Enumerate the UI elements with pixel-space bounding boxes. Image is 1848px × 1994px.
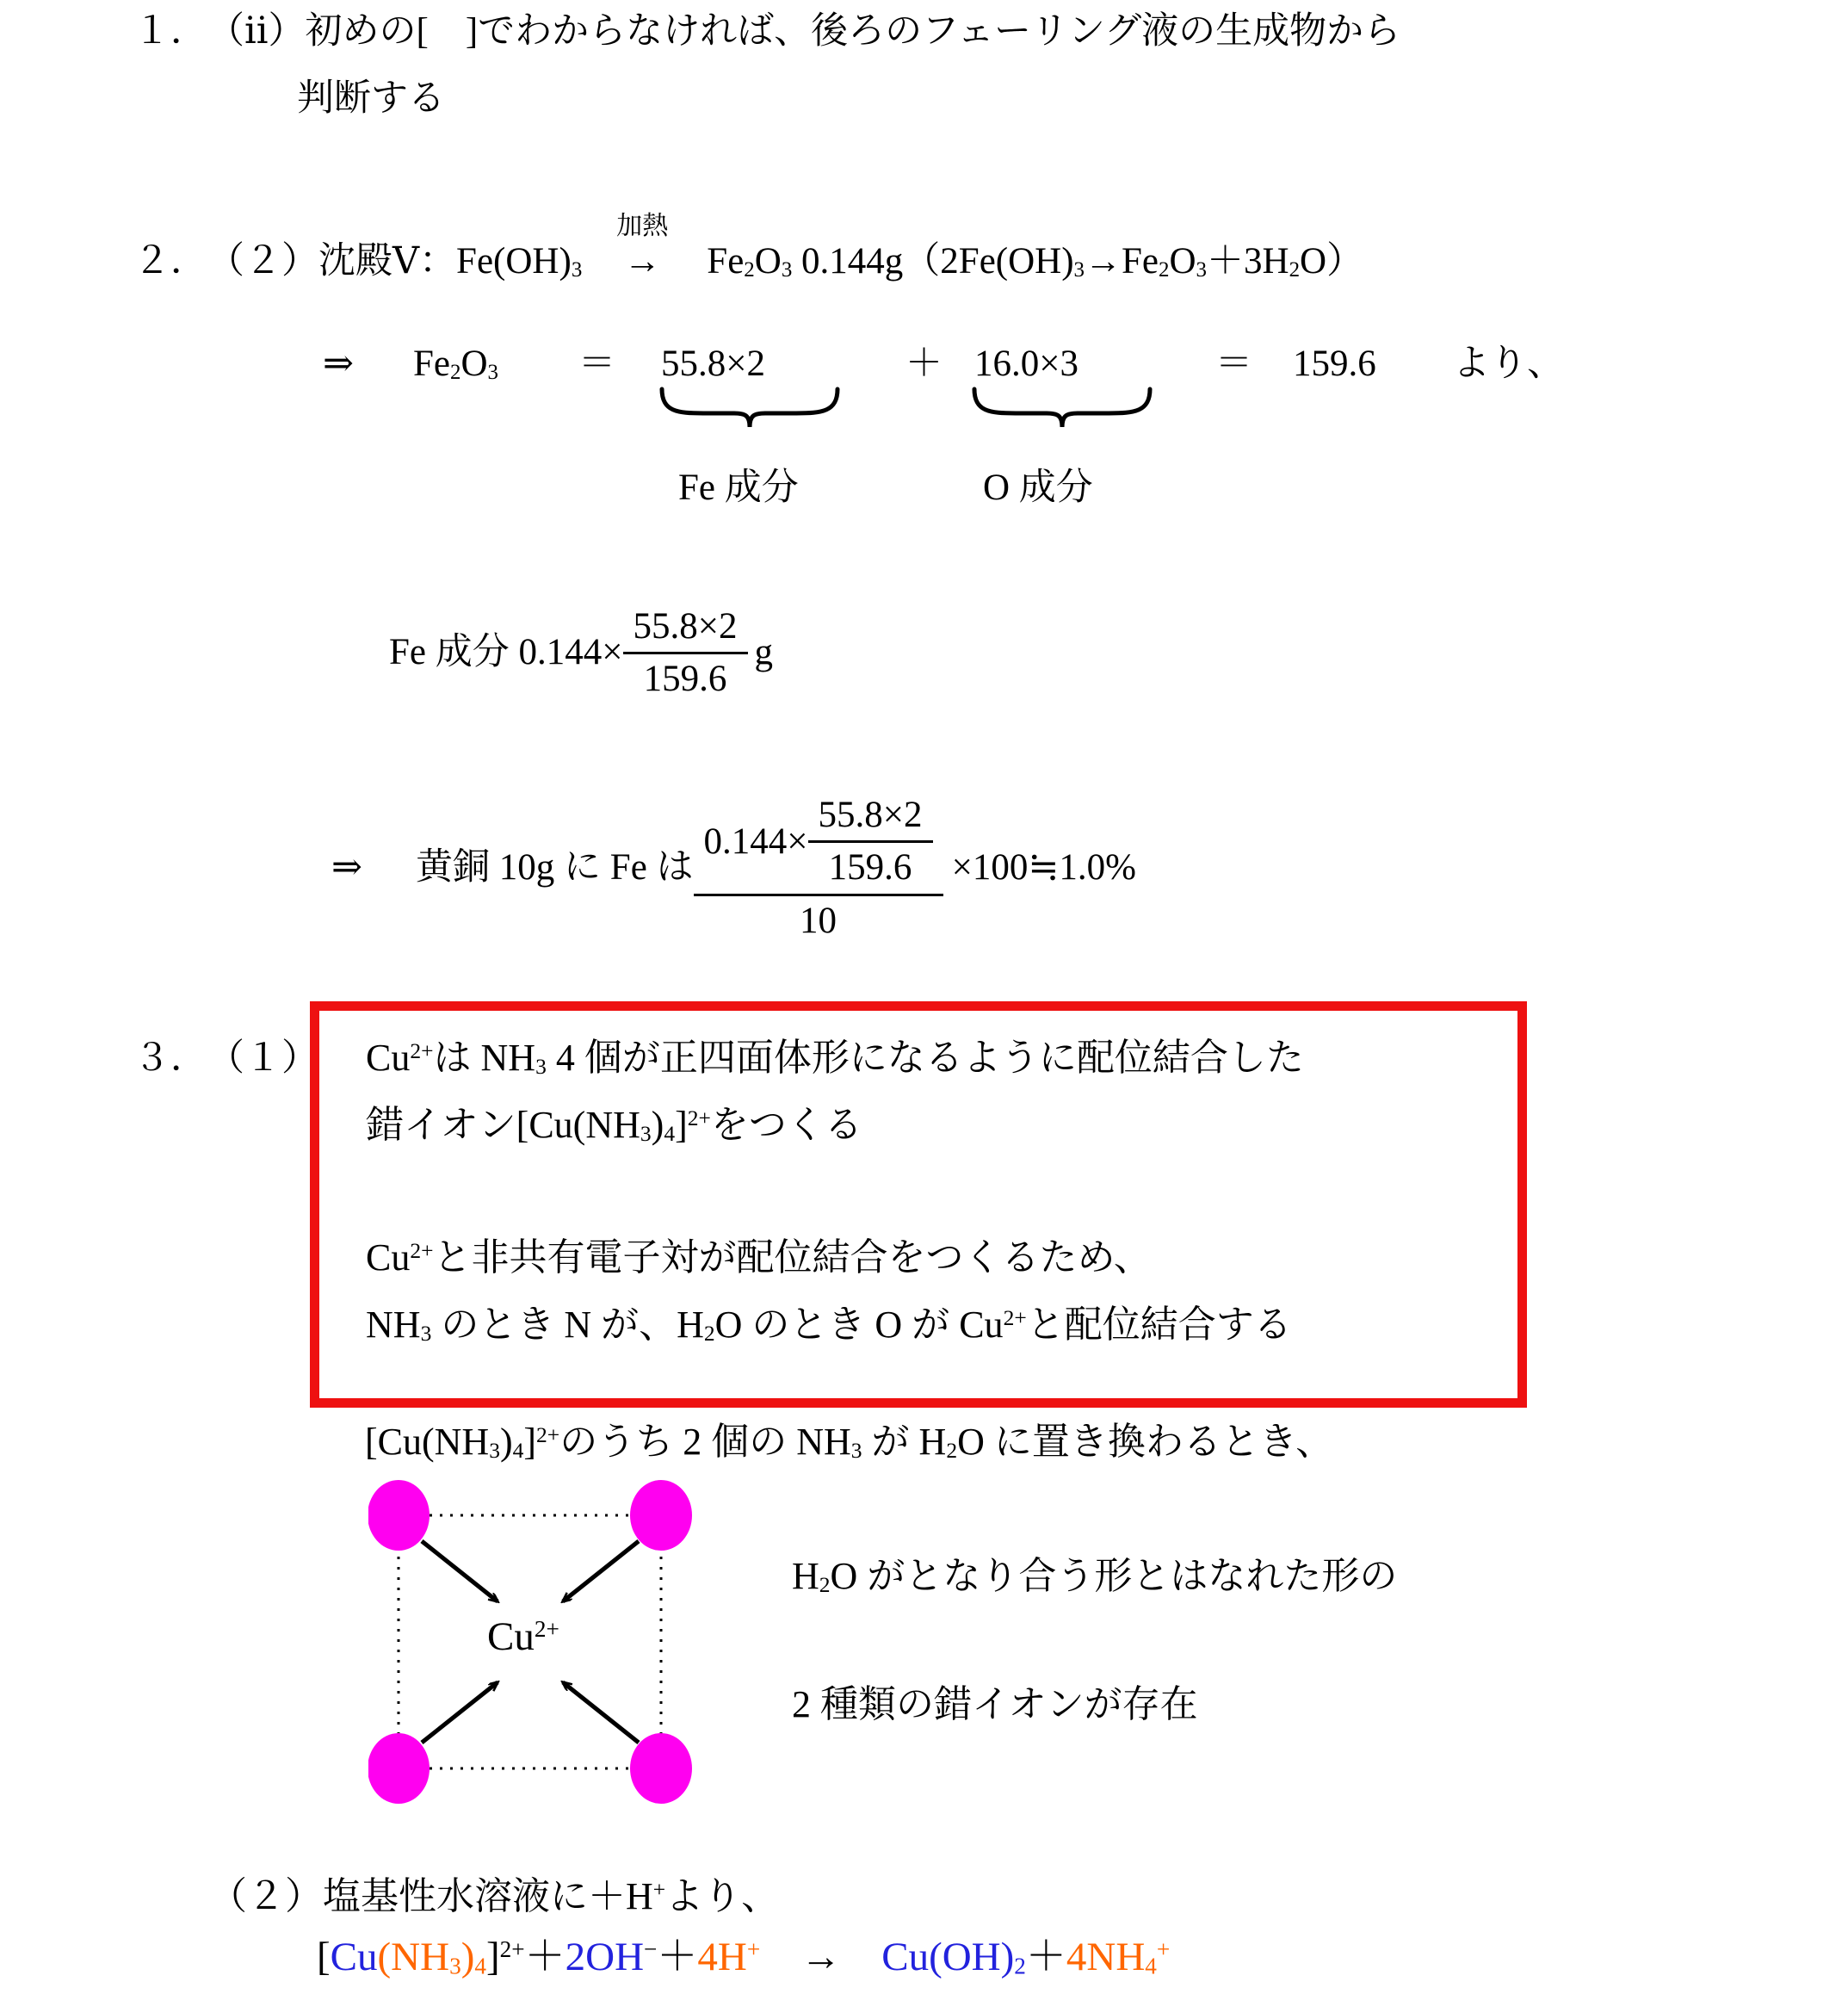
percent-calc: ⇒ 黄銅 10g に Fe は 0.144× 55.8×2 159.6 10 ×…: [331, 769, 1136, 967]
central-ion-label: Cu2+: [487, 1613, 559, 1660]
equals-sign-2: ＝: [1215, 343, 1252, 385]
item2-number: ２．: [133, 240, 207, 282]
heat-arrow-group: 加熱 →: [616, 212, 668, 282]
outer-denominator: 10: [694, 894, 943, 942]
underbrace-o: [971, 386, 1153, 430]
item3-part2-line: （２） 塩基性水溶液に＋H+より、: [209, 1875, 779, 1919]
box-line1: Cu2+は NH3 4 個が正四面体形になるように配位結合した: [366, 1037, 1304, 1081]
heat-label: 加熱: [616, 212, 668, 240]
item1-line1: １． （ⅱ） 初めの[ ]でわからなければ、後ろのフェーリング液の生成物から: [133, 10, 1400, 53]
o-term: 16.0×3: [974, 343, 1079, 385]
molar-suffix: より、: [1453, 343, 1564, 385]
underbrace-fe: [658, 386, 841, 430]
inner-denominator: 159.6: [808, 840, 933, 889]
outer-fraction: 0.144× 55.8×2 159.6 10: [694, 794, 943, 942]
fe-mass-fraction: 55.8×2 159.6: [623, 605, 748, 701]
box-line3: Cu2+と非共有電子対が配位結合をつくるため、: [366, 1236, 1152, 1280]
fe-component-label: Fe 成分: [678, 467, 799, 509]
substitution-caption: [Cu(NH3)4]2+のうち 2 個の NH3 が H2O に置き換わるとき、: [365, 1421, 1333, 1465]
fraction-denominator: 159.6: [623, 652, 748, 700]
item3-part2-label: （２）: [209, 1875, 323, 1919]
item1-number: １．: [133, 10, 207, 53]
diagram-note-2: 2 種類の錯イオンが存在: [792, 1683, 1198, 1727]
item3-part: （１）: [207, 1037, 318, 1080]
percent-lead: 黄銅 10g に Fe は: [416, 846, 694, 889]
fraction-numerator: 55.8×2: [623, 605, 748, 652]
box-line2: 錯イオン[Cu(NH3)4]2+をつくる: [366, 1104, 862, 1148]
fe-mass-calc: Fe 成分 0.144× 55.8×2 159.6 g: [389, 592, 773, 713]
fe-term: 55.8×2: [661, 343, 765, 385]
complex-ion-diagram: Cu2+: [368, 1474, 695, 1818]
percent-factor: 0.144×: [704, 821, 808, 863]
plus-sign: ＋: [905, 343, 943, 385]
o-component-label: O 成分: [983, 467, 1093, 509]
item2-lead-formula: 沈殿Ⅴ：Fe(OH)3: [318, 240, 582, 283]
molar-formula: Fe2O3: [413, 343, 498, 386]
item2-product-formula: Fe2O3 0.144g（2Fe(OH)3→Fe2O3＋3H2O）: [707, 240, 1363, 283]
item3-number: ３．: [133, 1037, 207, 1080]
item2-part: （２）: [207, 240, 318, 282]
item1-line2: 判断する: [297, 77, 445, 120]
inner-numerator: 55.8×2: [808, 794, 933, 840]
implies-arrow: ⇒: [323, 343, 354, 385]
percent-suffix: ×100≒1.0%: [952, 846, 1136, 889]
box-line4: NH3 のとき N が、H2O のとき O が Cu2+と配位結合する: [366, 1304, 1292, 1347]
fe-mass-unit: g: [755, 631, 774, 673]
diagram-note-1: H2O がとなり合う形とはなれた形の: [792, 1555, 1397, 1599]
item1-text: 初めの[ ]でわからなければ、後ろのフェーリング液の生成物から: [306, 10, 1401, 53]
item1-part: （ⅱ）: [207, 10, 306, 53]
equals-sign: ＝: [578, 343, 615, 385]
item3-label: ３． （１）: [133, 1037, 318, 1080]
reaction-arrow: →: [624, 240, 661, 282]
item3-part2-intro: 塩基性水溶液に＋H+より、: [323, 1875, 779, 1919]
highlight-box: Cu2+は NH3 4 個が正四面体形になるように配位結合した 錯イオン[Cu(…: [310, 1001, 1527, 1408]
ionic-equation: [Cu(NH3)4]2+＋2OH−＋4H+ → Cu(OH)2＋4NH4+: [317, 1934, 1170, 1980]
item2-reaction-line: ２． （２） 沈殿Ⅴ：Fe(OH)3 加熱 → Fe2O3 0.144g（2Fe…: [133, 212, 1363, 282]
worksheet-page: { "colors": { "box_red": "#ee1111", "lig…: [0, 0, 1848, 1994]
molar-total: 159.6: [1293, 343, 1376, 385]
fe-mass-lead: Fe 成分 0.144×: [389, 631, 623, 673]
inner-fraction: 55.8×2 159.6: [808, 794, 933, 889]
implies-arrow-2: ⇒: [331, 846, 362, 889]
outer-numerator: 0.144× 55.8×2 159.6: [694, 794, 943, 894]
